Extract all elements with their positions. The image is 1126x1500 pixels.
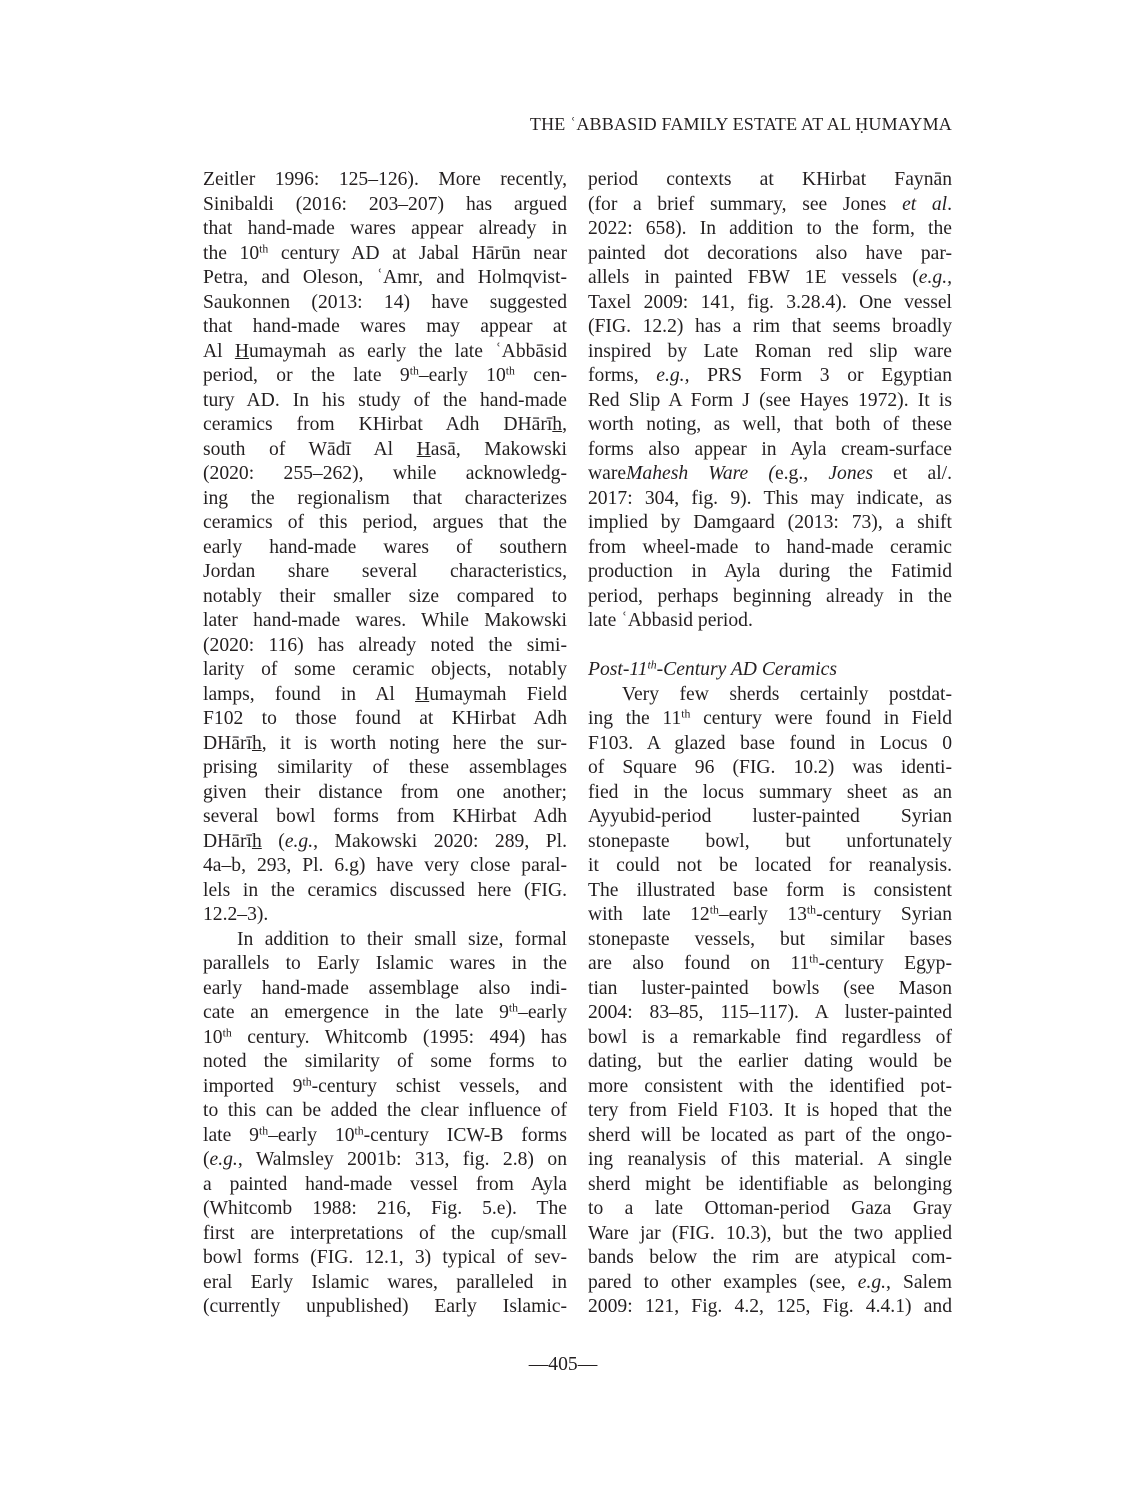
text-line: several bowl forms from KHirbat Adh: [203, 805, 567, 830]
text-line: a painted hand-made vessel from Ayla: [203, 1173, 567, 1198]
text-line: DHārīh (e.g., Makowski 2020: 289, Pl.: [203, 830, 567, 855]
text-line: stonepaste vessels, but similar bases: [588, 928, 952, 953]
text-line: ceramics from KHirbat Adh DHārīh,: [203, 413, 567, 438]
text-line: Saukonnen (2013: 14) have suggested: [203, 291, 567, 316]
text-line: DHārīh, it is worth noting here the sur-: [203, 732, 567, 757]
text-line: eral Early Islamic wares, paralleled in: [203, 1271, 567, 1296]
text-line: south of Wādī Al Hasā, Makowski: [203, 438, 567, 463]
text-line: Zeitler 1996: 125–126). More recently,: [203, 168, 567, 193]
running-head: THE ʿABBASID FAMILY ESTATE AT AL ḤUMAYMA: [530, 114, 952, 135]
text-line: bands below the rim are atypical com-: [588, 1246, 952, 1271]
text-line: 2022: 658). In addition to the form, the: [588, 217, 952, 242]
text-line: (2020: 255–262), while acknowledg-: [203, 462, 567, 487]
left-column: Zeitler 1996: 125–126). More recently,Si…: [203, 168, 567, 1320]
text-line: that hand-made wares appear already in: [203, 217, 567, 242]
text-line: (e.g., Walmsley 2001b: 313, fig. 2.8) on: [203, 1148, 567, 1173]
text-line: tian luster-painted bowls (see Mason: [588, 977, 952, 1002]
text-line: (Whitcomb 1988: 216, Fig. 5.e). The: [203, 1197, 567, 1222]
text-line: pared to other examples (see, e.g., Sale…: [588, 1271, 952, 1296]
text-line: implied by Damgaard (2013: 73), a shift: [588, 511, 952, 536]
text-line: to this can be added the clear influence…: [203, 1099, 567, 1124]
text-line: late ʿAbbasid period.: [588, 609, 952, 634]
text-line: F103. A glazed base found in Locus 0: [588, 732, 952, 757]
text-line: worth noting, as well, that both of thes…: [588, 413, 952, 438]
text-line: noted the similarity of some forms to: [203, 1050, 567, 1075]
text-line: early hand-made wares of southern: [203, 536, 567, 561]
right-column: period contexts at KHirbat Faynān(for a …: [588, 168, 952, 1320]
page-number: —405—: [0, 1354, 1126, 1376]
section-body: Very few sherds certainly postdat-ing th…: [588, 683, 952, 1320]
text-line: are also found on 11th-century Egyp-: [588, 952, 952, 977]
text-line: notably their smaller size compared to: [203, 585, 567, 610]
text-line: Ayyubid-period luster-painted Syrian: [588, 805, 952, 830]
text-line: ing reanalysis of this material. A singl…: [588, 1148, 952, 1173]
text-line: production in Ayla during the Fatimid: [588, 560, 952, 585]
text-line: Sinibaldi (2016: 203–207) has argued: [203, 193, 567, 218]
text-line: 2017: 304, fig. 9). This may indicate, a…: [588, 487, 952, 512]
text-line: Jordan share several characteristics,: [203, 560, 567, 585]
text-line: fied in the locus summary sheet as an: [588, 781, 952, 806]
text-line: 12.2–3).: [203, 903, 567, 928]
text-line: (for a brief summary, see Jones et al.: [588, 193, 952, 218]
text-line: first are interpretations of the cup/sma…: [203, 1222, 567, 1247]
text-line: period, or the late 9th–early 10th cen-: [203, 364, 567, 389]
text-line: ceramics of this period, argues that the: [203, 511, 567, 536]
text-line: 10th century. Whitcomb (1995: 494) has: [203, 1026, 567, 1051]
text-line: inspired by Late Roman red slip ware: [588, 340, 952, 365]
text-line: (currently unpublished) Early Islamic-: [203, 1295, 567, 1320]
text-line: tury AD. In his study of the hand-made: [203, 389, 567, 414]
text-line: forms also appear in Ayla cream-surface: [588, 438, 952, 463]
text-line: ing the regionalism that characterizes: [203, 487, 567, 512]
section-heading: Post-11th-Century AD Ceramics: [588, 658, 952, 683]
text-line: Ware jar (FIG. 10.3), but the two applie…: [588, 1222, 952, 1247]
text-line: (2020: 116) has already noted the simi-: [203, 634, 567, 659]
text-line: lamps, found in Al Humaymah Field: [203, 683, 567, 708]
text-line: cate an emergence in the late 9th–early: [203, 1001, 567, 1026]
text-line: later hand-made wares. While Makowski: [203, 609, 567, 634]
text-line: Taxel 2009: 141, fig. 3.28.4). One vesse…: [588, 291, 952, 316]
text-line: imported 9th-century schist vessels, and: [203, 1075, 567, 1100]
text-line: wareMahesh Ware (e.g., Jones et al/.: [588, 462, 952, 487]
text-line: that hand-made wares may appear at: [203, 315, 567, 340]
text-line: from wheel-made to hand-made ceramic: [588, 536, 952, 561]
text-line: ing the 11th century were found in Field: [588, 707, 952, 732]
text-line: Red Slip A Form J (see Hayes 1972). It i…: [588, 389, 952, 414]
text-line: sherd will be located as part of the ong…: [588, 1124, 952, 1149]
text-line: lels in the ceramics discussed here (FIG…: [203, 879, 567, 904]
text-line: parallels to Early Islamic wares in the: [203, 952, 567, 977]
text-line: In addition to their small size, formal: [203, 928, 567, 953]
text-line: the 10th century AD at Jabal Hārūn near: [203, 242, 567, 267]
text-line: prising similarity of these assemblages: [203, 756, 567, 781]
text-line: with late 12th–early 13th-century Syrian: [588, 903, 952, 928]
text-line: it could not be located for reanalysis.: [588, 854, 952, 879]
text-line: dating, but the earlier dating would be: [588, 1050, 952, 1075]
text-line: Al Humaymah as early the late ʿAbbāsid: [203, 340, 567, 365]
text-line: bowl forms (FIG. 12.1, 3) typical of sev…: [203, 1246, 567, 1271]
text-line: of Square 96 (FIG. 10.2) was identi-: [588, 756, 952, 781]
text-line: sherd might be identifiable as belonging: [588, 1173, 952, 1198]
text-line: 4a–b, 293, Pl. 6.g) have very close para…: [203, 854, 567, 879]
text-line: tery from Field F103. It is hoped that t…: [588, 1099, 952, 1124]
text-line: early hand-made assemblage also indi-: [203, 977, 567, 1002]
text-line: (FIG. 12.2) has a rim that seems broadly: [588, 315, 952, 340]
text-line: late 9th–early 10th-century ICW-B forms: [203, 1124, 567, 1149]
text-line: F102 to those found at KHirbat Adh: [203, 707, 567, 732]
text-line: period contexts at KHirbat Faynān: [588, 168, 952, 193]
text-line: to a late Ottoman-period Gaza Gray: [588, 1197, 952, 1222]
text-line: larity of some ceramic objects, notably: [203, 658, 567, 683]
text-line: 2004: 83–85, 115–117). A luster-painted: [588, 1001, 952, 1026]
text-line: period, perhaps beginning already in the: [588, 585, 952, 610]
text-line: forms, e.g., PRS Form 3 or Egyptian: [588, 364, 952, 389]
text-line: bowl is a remarkable find regardless of: [588, 1026, 952, 1051]
text-line: allels in painted FBW 1E vessels (e.g.,: [588, 266, 952, 291]
text-line: Very few sherds certainly postdat-: [588, 683, 952, 708]
text-line: Petra, and Oleson, ʿAmr, and Holmqvist-: [203, 266, 567, 291]
text-line: The illustrated base form is consistent: [588, 879, 952, 904]
right-column-body: period contexts at KHirbat Faynān(for a …: [588, 168, 952, 634]
text-line: 2009: 121, Fig. 4.2, 125, Fig. 4.4.1) an…: [588, 1295, 952, 1320]
text-line: given their distance from one another;: [203, 781, 567, 806]
text-line: stonepaste bowl, but unfortunately: [588, 830, 952, 855]
text-line: painted dot decorations also have par-: [588, 242, 952, 267]
text-line: more consistent with the identified pot-: [588, 1075, 952, 1100]
